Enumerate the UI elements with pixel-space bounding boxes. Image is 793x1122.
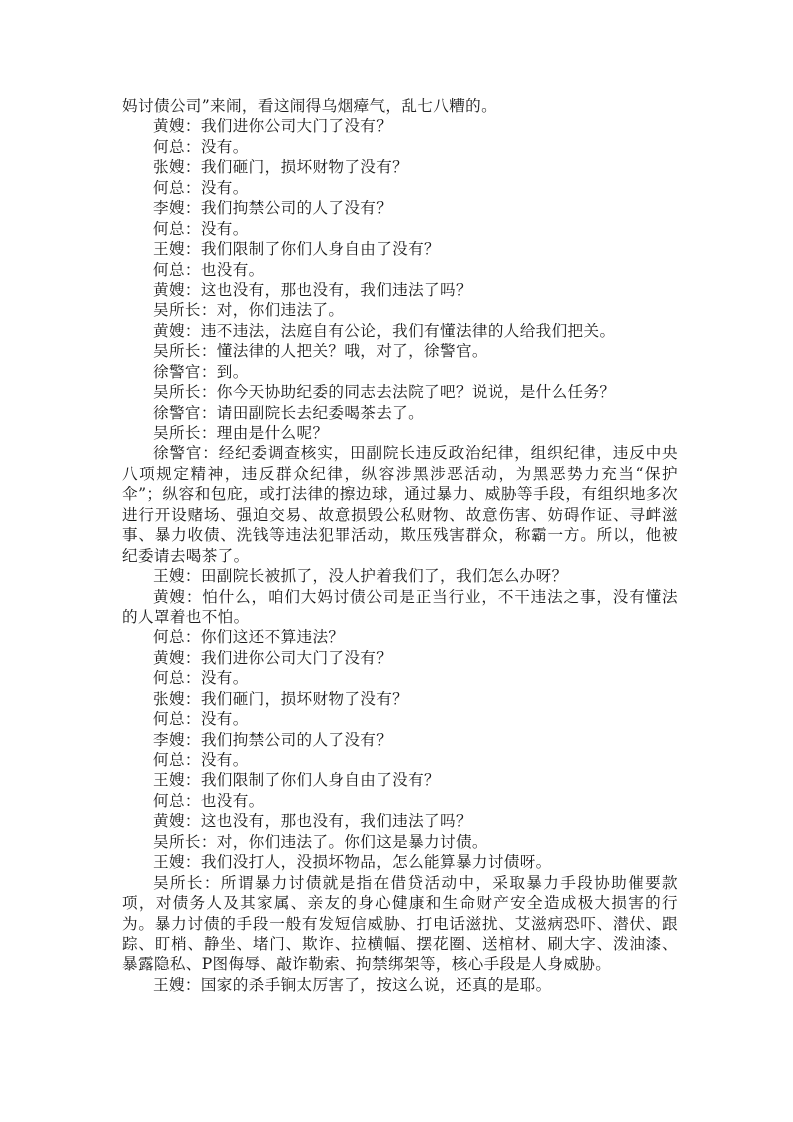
speech-text: 也没有。 <box>201 261 265 279</box>
dialogue-line: 吴所长：所谓暴力讨债就是指在借贷活动中，采取暴力手段协助催要款项，对债务人及其家… <box>122 873 678 975</box>
speech-text: 违不违法，法庭自有公论，我们有懂法律的人给我们把关。 <box>201 322 616 340</box>
dialogue-line: 黄嫂：我们进你公司大门了没有？ <box>122 116 678 136</box>
dialogue-line: 何总：你们这还不算违法？ <box>122 627 678 647</box>
speaker-name: 李嫂： <box>153 731 201 749</box>
speaker-name: 王嫂： <box>153 567 201 585</box>
dialogue-line: 王嫂：我们限制了你们人身自由了没有？ <box>122 770 678 790</box>
speech-text: 请田副院长去纪委喝茶去了。 <box>217 404 424 422</box>
paragraph-text: 妈讨债公司”来闹，看这闹得乌烟瘴气，乱七八糟的。 <box>122 97 497 115</box>
speech-text: 经纪委调查核实，田副院长违反政治纪律，组织纪律，违反中央八项规定精神，违反群众纪… <box>122 444 678 564</box>
speaker-name: 王嫂： <box>153 240 201 258</box>
speech-text: 没有。 <box>201 220 249 238</box>
dialogue-line: 何总：也没有。 <box>122 260 678 280</box>
speech-text: 田副院长被抓了，没人护着我们了，我们怎么办呀？ <box>201 567 568 585</box>
speech-text: 没有。 <box>201 751 249 769</box>
speech-text: 国家的杀手锏太厉害了，按这么说，还真的是耶。 <box>201 976 552 994</box>
speaker-name: 黄嫂： <box>153 812 201 830</box>
speech-text: 我们拘禁公司的人了没有？ <box>201 731 392 749</box>
speaker-name: 张嫂： <box>153 158 201 176</box>
dialogue-line: 何总：没有。 <box>122 178 678 198</box>
dialogue-line: 吴所长：你今天协助纪委的同志去法院了吧？说说，是什么任务？ <box>122 382 678 402</box>
dialogue-line: 吴所长：懂法律的人把关？哦，对了，徐警官。 <box>122 341 678 361</box>
speech-text: 我们拘禁公司的人了没有？ <box>201 199 392 217</box>
speaker-name: 黄嫂： <box>153 117 201 135</box>
opening-paragraph: 妈讨债公司”来闹，看这闹得乌烟瘴气，乱七八糟的。 <box>122 96 678 116</box>
speaker-name: 吴所长： <box>153 424 217 442</box>
dialogue-line: 张嫂：我们砸门，损坏财物了没有？ <box>122 157 678 177</box>
speech-text: 你们这还不算违法？ <box>201 628 345 646</box>
speaker-name: 黄嫂： <box>153 649 201 667</box>
speaker-name: 黄嫂： <box>153 281 201 299</box>
speech-text: 也没有。 <box>201 792 265 810</box>
speaker-name: 何总： <box>153 628 201 646</box>
speech-text: 这也没有，那也没有，我们违法了吗？ <box>201 281 472 299</box>
dialogue-line: 何总：没有。 <box>122 750 678 770</box>
speaker-name: 王嫂： <box>153 771 201 789</box>
speaker-name: 何总： <box>153 261 201 279</box>
dialogue-line: 徐警官：请田副院长去纪委喝茶去了。 <box>122 403 678 423</box>
dialogue-line: 何总：也没有。 <box>122 791 678 811</box>
speech-text: 怕什么，咱们大妈讨债公司是正当行业，不干违法之事，没有懂法的人罩着也不怕。 <box>122 588 678 626</box>
speaker-name: 徐警官： <box>153 404 217 422</box>
speech-text: 我们砸门，损坏财物了没有？ <box>201 158 408 176</box>
dialogue-line: 王嫂：我们限制了你们人身自由了没有？ <box>122 239 678 259</box>
speaker-name: 何总： <box>153 669 201 687</box>
speaker-name: 王嫂： <box>153 976 201 994</box>
dialogue-line: 黄嫂：违不违法，法庭自有公论，我们有懂法律的人给我们把关。 <box>122 321 678 341</box>
speech-text: 没有。 <box>201 669 249 687</box>
speech-text: 我们限制了你们人身自由了没有？ <box>201 771 440 789</box>
dialogue-line: 徐警官：经纪委调查核实，田副院长违反政治纪律，组织纪律，违反中央八项规定精神，违… <box>122 443 678 566</box>
speech-text: 我们没打人，没损坏物品，怎么能算暴力讨债呀。 <box>201 853 552 871</box>
dialogue-line: 何总：没有。 <box>122 137 678 157</box>
speaker-name: 吴所长： <box>153 833 217 851</box>
speech-text: 这也没有，那也没有，我们违法了吗？ <box>201 812 472 830</box>
speaker-name: 何总： <box>153 138 201 156</box>
speaker-name: 李嫂： <box>153 199 201 217</box>
dialogue-line: 何总：没有。 <box>122 668 678 688</box>
dialogue-line: 黄嫂：我们进你公司大门了没有？ <box>122 648 678 668</box>
dialogue-line: 黄嫂：这也没有，那也没有，我们违法了吗？ <box>122 811 678 831</box>
speaker-name: 何总： <box>153 220 201 238</box>
speech-text: 理由是什么呢？ <box>217 424 329 442</box>
speech-text: 对，你们违法了。你们这是暴力讨债。 <box>217 833 488 851</box>
speaker-name: 吴所长： <box>153 383 217 401</box>
dialogue-line: 张嫂：我们砸门，损坏财物了没有？ <box>122 689 678 709</box>
speech-text: 到。 <box>217 363 249 381</box>
dialogue-line: 李嫂：我们拘禁公司的人了没有？ <box>122 198 678 218</box>
dialogue-line: 黄嫂：怕什么，咱们大妈讨债公司是正当行业，不干违法之事，没有懂法的人罩着也不怕。 <box>122 587 678 628</box>
speech-text: 对，你们违法了。 <box>217 301 345 319</box>
speaker-name: 徐警官： <box>153 444 219 462</box>
speaker-name: 何总： <box>153 710 201 728</box>
speech-text: 我们进你公司大门了没有？ <box>201 117 392 135</box>
speaker-name: 徐警官： <box>153 363 217 381</box>
speech-text: 没有。 <box>201 138 249 156</box>
dialogue-line: 王嫂：我们没打人，没损坏物品，怎么能算暴力讨债呀。 <box>122 852 678 872</box>
dialogue-line: 何总：没有。 <box>122 709 678 729</box>
speech-text: 我们进你公司大门了没有？ <box>201 649 392 667</box>
dialogue-line: 王嫂：国家的杀手锏太厉害了，按这么说，还真的是耶。 <box>122 975 678 995</box>
dialogue-line: 李嫂：我们拘禁公司的人了没有？ <box>122 730 678 750</box>
dialogue-line: 吴所长：理由是什么呢？ <box>122 423 678 443</box>
dialogue-line: 徐警官：到。 <box>122 362 678 382</box>
speaker-name: 何总： <box>153 792 201 810</box>
speaker-name: 黄嫂： <box>153 588 202 606</box>
speech-text: 没有。 <box>201 179 249 197</box>
speaker-name: 王嫂： <box>153 853 201 871</box>
dialogue-line: 黄嫂：这也没有，那也没有，我们违法了吗？ <box>122 280 678 300</box>
document-page: 妈讨债公司”来闹，看这闹得乌烟瘴气，乱七八糟的。 黄嫂：我们进你公司大门了没有？… <box>122 96 678 995</box>
speaker-name: 张嫂： <box>153 690 201 708</box>
speech-text: 我们限制了你们人身自由了没有？ <box>201 240 440 258</box>
dialogue-line: 吴所长：对，你们违法了。你们这是暴力讨债。 <box>122 832 678 852</box>
speaker-name: 黄嫂： <box>153 322 201 340</box>
speaker-name: 何总： <box>153 179 201 197</box>
speech-text: 你今天协助纪委的同志去法院了吧？说说，是什么任务？ <box>217 383 616 401</box>
dialogue-line: 王嫂：田副院长被抓了，没人护着我们了，我们怎么办呀？ <box>122 566 678 586</box>
speech-text: 懂法律的人把关？哦，对了，徐警官。 <box>217 342 488 360</box>
dialogue-line: 何总：没有。 <box>122 219 678 239</box>
speaker-name: 吴所长： <box>153 342 217 360</box>
speech-text: 我们砸门，损坏财物了没有？ <box>201 690 408 708</box>
dialogue-line: 吴所长：对，你们违法了。 <box>122 300 678 320</box>
speech-text: 没有。 <box>201 710 249 728</box>
speaker-name: 何总： <box>153 751 201 769</box>
speaker-name: 吴所长： <box>153 874 221 892</box>
speaker-name: 吴所长： <box>153 301 217 319</box>
